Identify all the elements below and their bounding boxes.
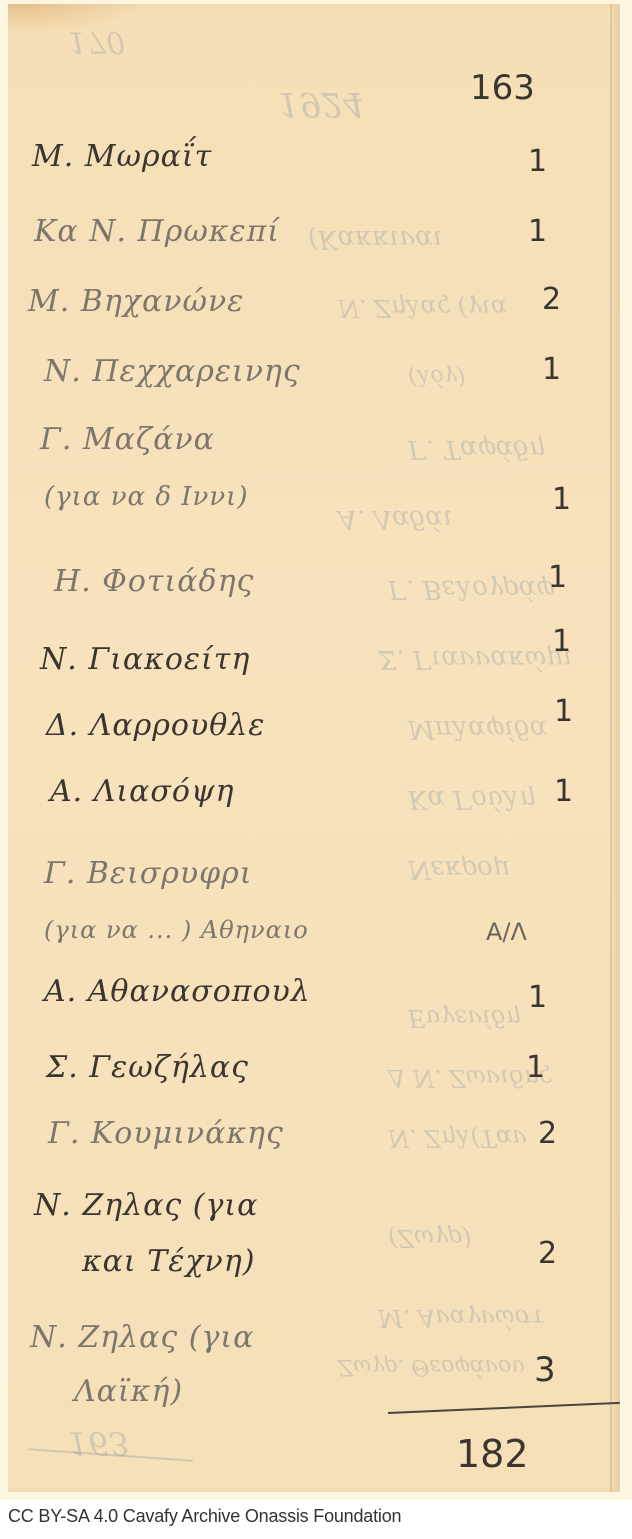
entry-count: 1	[528, 144, 547, 179]
ghost-number-top: 170	[68, 24, 125, 59]
ghost-text: Α. Λαδάι	[338, 504, 453, 534]
entry-name: Ν. Ζηλας (για	[30, 1320, 254, 1355]
entry-count: 1	[542, 352, 561, 387]
ghost-text: Μπλαφίδα	[408, 714, 547, 744]
entry-name: Α. Λιασόψη	[50, 774, 234, 809]
entry-name: Γ. Μαζάνα	[40, 422, 215, 457]
entry-count: 3	[534, 1350, 556, 1390]
entry-name: Δ. Λαρρουθλε	[46, 708, 265, 743]
total-sum: 182	[456, 1432, 529, 1476]
entry-count: 1	[554, 774, 573, 809]
ghost-text: Ζωγρ. Θεοφάνου	[338, 1354, 525, 1379]
ghost-text: Σ. Γιαννακώμι	[378, 644, 573, 674]
manuscript-page: 170 1924 (Κακκιναι Ν. Ζηλας (για (λόγ) Γ…	[8, 4, 620, 1492]
ghost-text: Μ. Αναγνώστ	[378, 1304, 544, 1332]
ghost-text: Ν. Ζηλας (για	[338, 294, 507, 322]
ghost-text: 1924	[278, 84, 365, 124]
entry-count: 1	[554, 694, 573, 729]
entry-count: 1	[552, 482, 571, 517]
entry-name: Μ. Βηχανώνε	[28, 284, 244, 319]
ghost-text: (Κακκιναι	[308, 224, 443, 254]
entry-name: Κα Ν. Πρωκεπί	[34, 214, 280, 249]
entry-name: Σ. Γεωζήλας	[46, 1050, 249, 1085]
entry-name: Λαϊκή)	[74, 1374, 183, 1409]
entry-count: 1	[528, 980, 547, 1015]
entry-count: 1	[528, 214, 547, 249]
ghost-text: Κα Γούλη	[408, 784, 535, 814]
entry-name: (για να δ Ιννι)	[44, 482, 248, 512]
total-rule	[388, 1402, 620, 1414]
ghost-text: Ν. Ζηλ(Ταν	[388, 1124, 527, 1152]
entry-count: 1	[526, 1050, 545, 1085]
ghost-text: Γ. Βελογράφ	[388, 574, 554, 604]
entry-name: και Τέχνη)	[82, 1244, 255, 1279]
ghost-text: (λόγ)	[408, 364, 466, 389]
entry-name: Α. Αθανασοπουλ	[44, 974, 311, 1009]
license-caption: CC BY-SA 4.0 Cavafy Archive Onassis Foun…	[8, 1506, 401, 1527]
entry-name: Γ. Βεισρυφρι	[44, 856, 253, 891]
entry-name: Ν. Πεχχαρεινης	[44, 354, 301, 389]
page-fold-edge	[610, 4, 612, 1492]
ghost-text: Γ. Ταφάδη	[408, 434, 544, 464]
entry-count: 2	[538, 1116, 557, 1151]
entry-name: Ν. Γιακοείτη	[40, 642, 250, 677]
footer: CC BY-SA 4.0 Cavafy Archive Onassis Foun…	[0, 1500, 632, 1539]
entry-name: Η. Φοτιάδης	[54, 564, 254, 599]
scan-background: 170 1924 (Κακκιναι Ν. Ζηλας (για (λόγ) Γ…	[0, 0, 632, 1500]
entry-count: 2	[542, 282, 561, 317]
entry-count: 1	[552, 624, 571, 659]
entry-name: Ν. Ζηλας (για	[34, 1188, 258, 1223]
entry-name: Μ. Μωραΐτ	[32, 139, 212, 174]
entry-count: 1	[548, 560, 567, 595]
entry-name: (για να ... ) Αθηναιο	[44, 916, 309, 944]
ghost-text: (Ζωγρ)	[388, 1224, 471, 1252]
entry-count: 2	[538, 1236, 557, 1271]
page-number: 163	[470, 68, 535, 108]
entry-count: Α/Λ	[486, 918, 527, 946]
ghost-text: Ευγενίδη	[408, 1004, 520, 1032]
ghost-text: Νεκρομ	[408, 854, 510, 884]
entry-name: Γ. Κουμινάκης	[48, 1116, 284, 1151]
